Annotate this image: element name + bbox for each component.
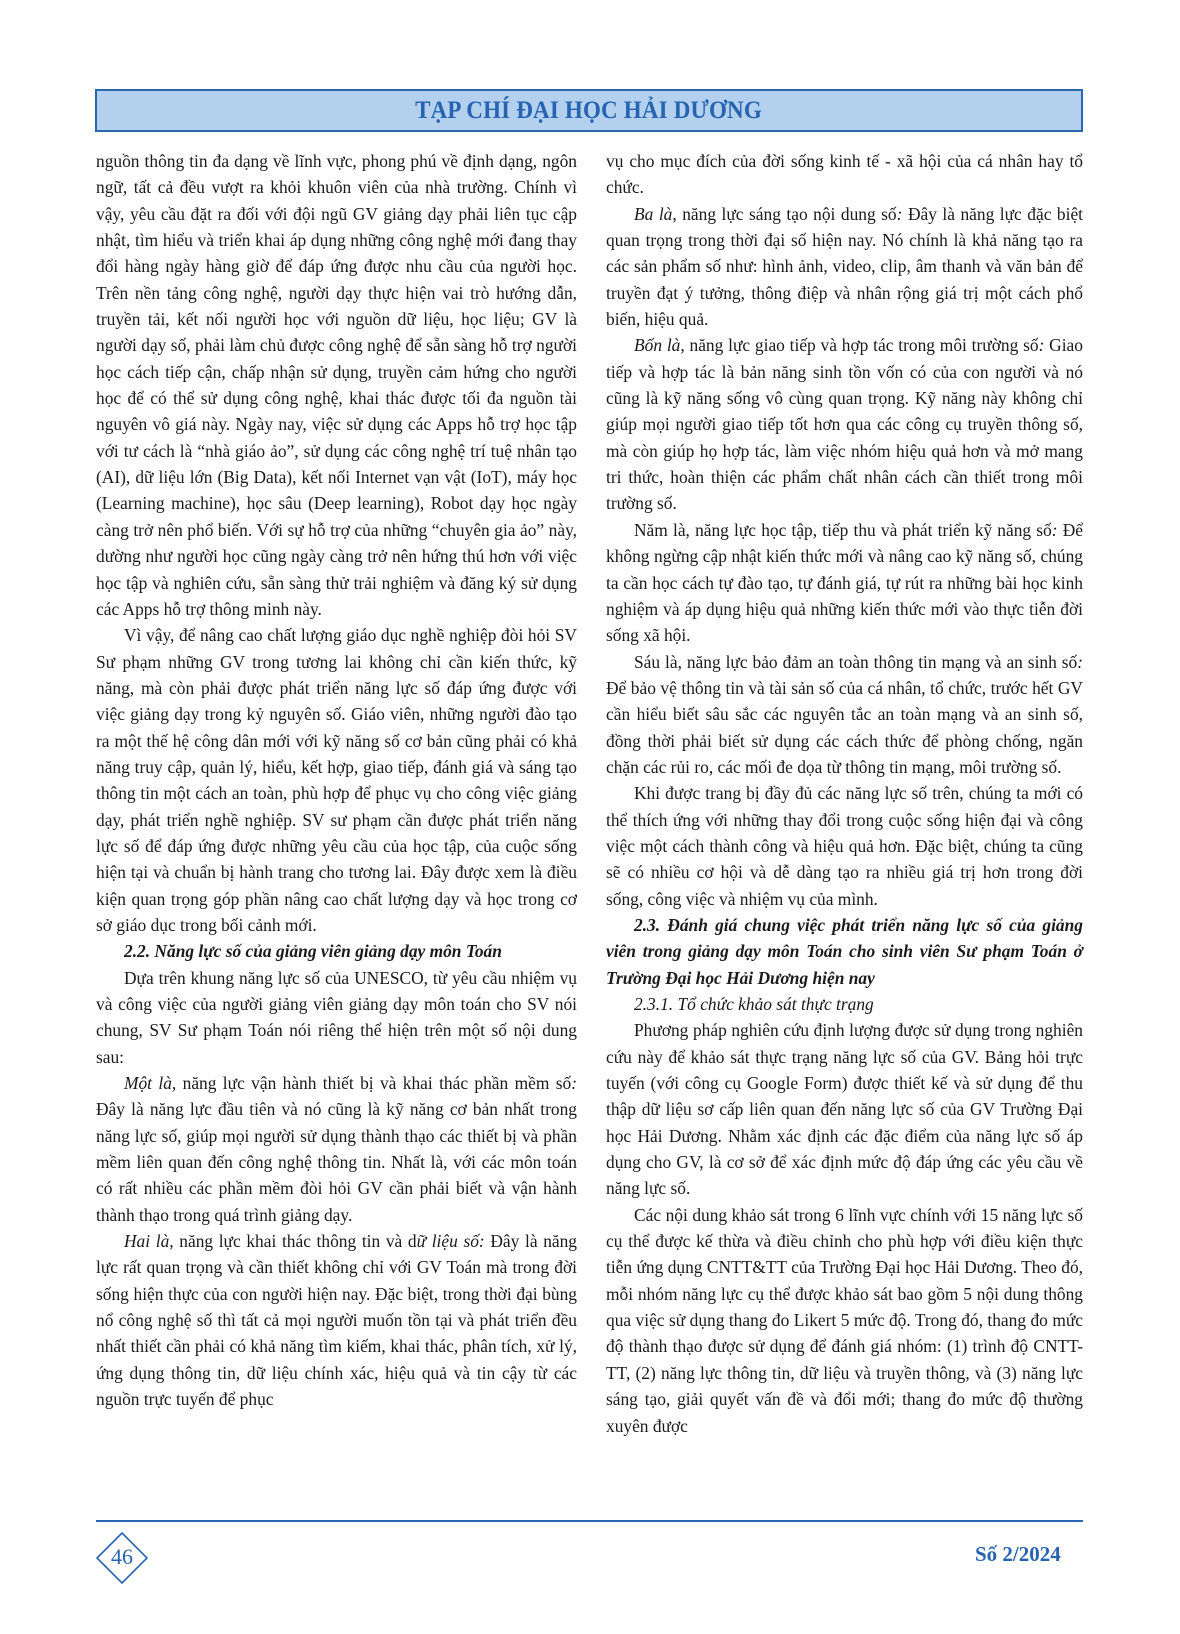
paragraph: Các nội dung khảo sát trong 6 lĩnh vực c…: [606, 1202, 1083, 1439]
paragraph: Khi được trang bị đầy đủ các năng lực số…: [606, 780, 1083, 912]
paragraph: Vì vậy, để nâng cao chất lượng giáo dục …: [96, 622, 577, 938]
page-number: 46: [95, 1544, 149, 1570]
paragraph: Phương pháp nghiên cứu định lượng được s…: [606, 1017, 1083, 1201]
paragraph: vụ cho mục đích của đời sống kinh tế - x…: [606, 148, 1083, 201]
lead-text: Bốn là,: [634, 335, 685, 355]
paragraph-bon-la: Bốn là, năng lực giao tiếp và hợp tác tr…: [606, 332, 1083, 516]
paragraph-sau-la: Sáu là, năng lực bảo đảm an toàn thông t…: [606, 649, 1083, 781]
page-number-badge: 46: [95, 1531, 149, 1585]
text: Đây là năng lực đầu tiên và nó cũng là k…: [96, 1099, 577, 1224]
text: :: [571, 1073, 577, 1093]
text: Năm là, năng lực học tập, tiếp thu và ph…: [634, 520, 1052, 540]
section-heading-2-3: 2.3. Đánh giá chung việc phát triển năng…: [606, 912, 1083, 991]
paragraph: Dựa trên khung năng lực số của UNESCO, t…: [96, 965, 577, 1070]
text: năng lực khai thác thông tin và d: [174, 1231, 417, 1251]
paragraph-nam-la: Năm là, năng lực học tập, tiếp thu và ph…: [606, 517, 1083, 649]
paragraph-mot-la: Một là, năng lực vận hành thiết bị và kh…: [96, 1070, 577, 1228]
left-column: nguồn thông tin đa dạng về lĩnh vực, pho…: [96, 148, 577, 1413]
paragraph-hai-la: Hai là, năng lực khai thác thông tin và …: [96, 1228, 577, 1412]
subsection-heading-2-3-1: 2.3.1. Tổ chức khảo sát thực trạng: [606, 991, 1083, 1017]
journal-title: TẠP CHÍ ĐẠI HỌC HẢI DƯƠNG: [416, 97, 763, 125]
text: ữ liệu số:: [417, 1231, 485, 1251]
text: Sáu là, năng lực bảo đảm an toàn thông t…: [634, 652, 1077, 672]
footer-divider: [96, 1520, 1083, 1522]
text: Giao tiếp và hợp tác là bản năng sinh tồ…: [606, 335, 1083, 513]
paragraph: nguồn thông tin đa dạng về lĩnh vực, pho…: [96, 148, 577, 622]
text: Để bảo vệ thông tin và tài sản số của cá…: [606, 678, 1083, 777]
section-heading-2-2: 2.2. Năng lực số của giảng viên giảng dạ…: [96, 938, 577, 964]
lead-text: Một là,: [124, 1073, 176, 1093]
lead-text: Ba là: [634, 204, 672, 224]
paragraph-ba-la: Ba là, năng lực sáng tạo nội dung số: Đâ…: [606, 201, 1083, 333]
text: , năng lực sáng tạo nội dung số: [672, 204, 896, 224]
journal-header: TẠP CHÍ ĐẠI HỌC HẢI DƯƠNG: [95, 89, 1083, 132]
text: Đây là năng lực rất quan trọng và cần th…: [96, 1231, 577, 1409]
issue-number: Số 2/2024: [975, 1542, 1061, 1567]
right-column: vụ cho mục đích của đời sống kinh tế - x…: [606, 148, 1083, 1439]
text: :: [1077, 652, 1083, 672]
lead-text: Hai là,: [124, 1231, 174, 1251]
text: năng lực vận hành thiết bị và khai thác …: [176, 1073, 571, 1093]
text: năng lực giao tiếp và hợp tác trong môi …: [685, 335, 1039, 355]
